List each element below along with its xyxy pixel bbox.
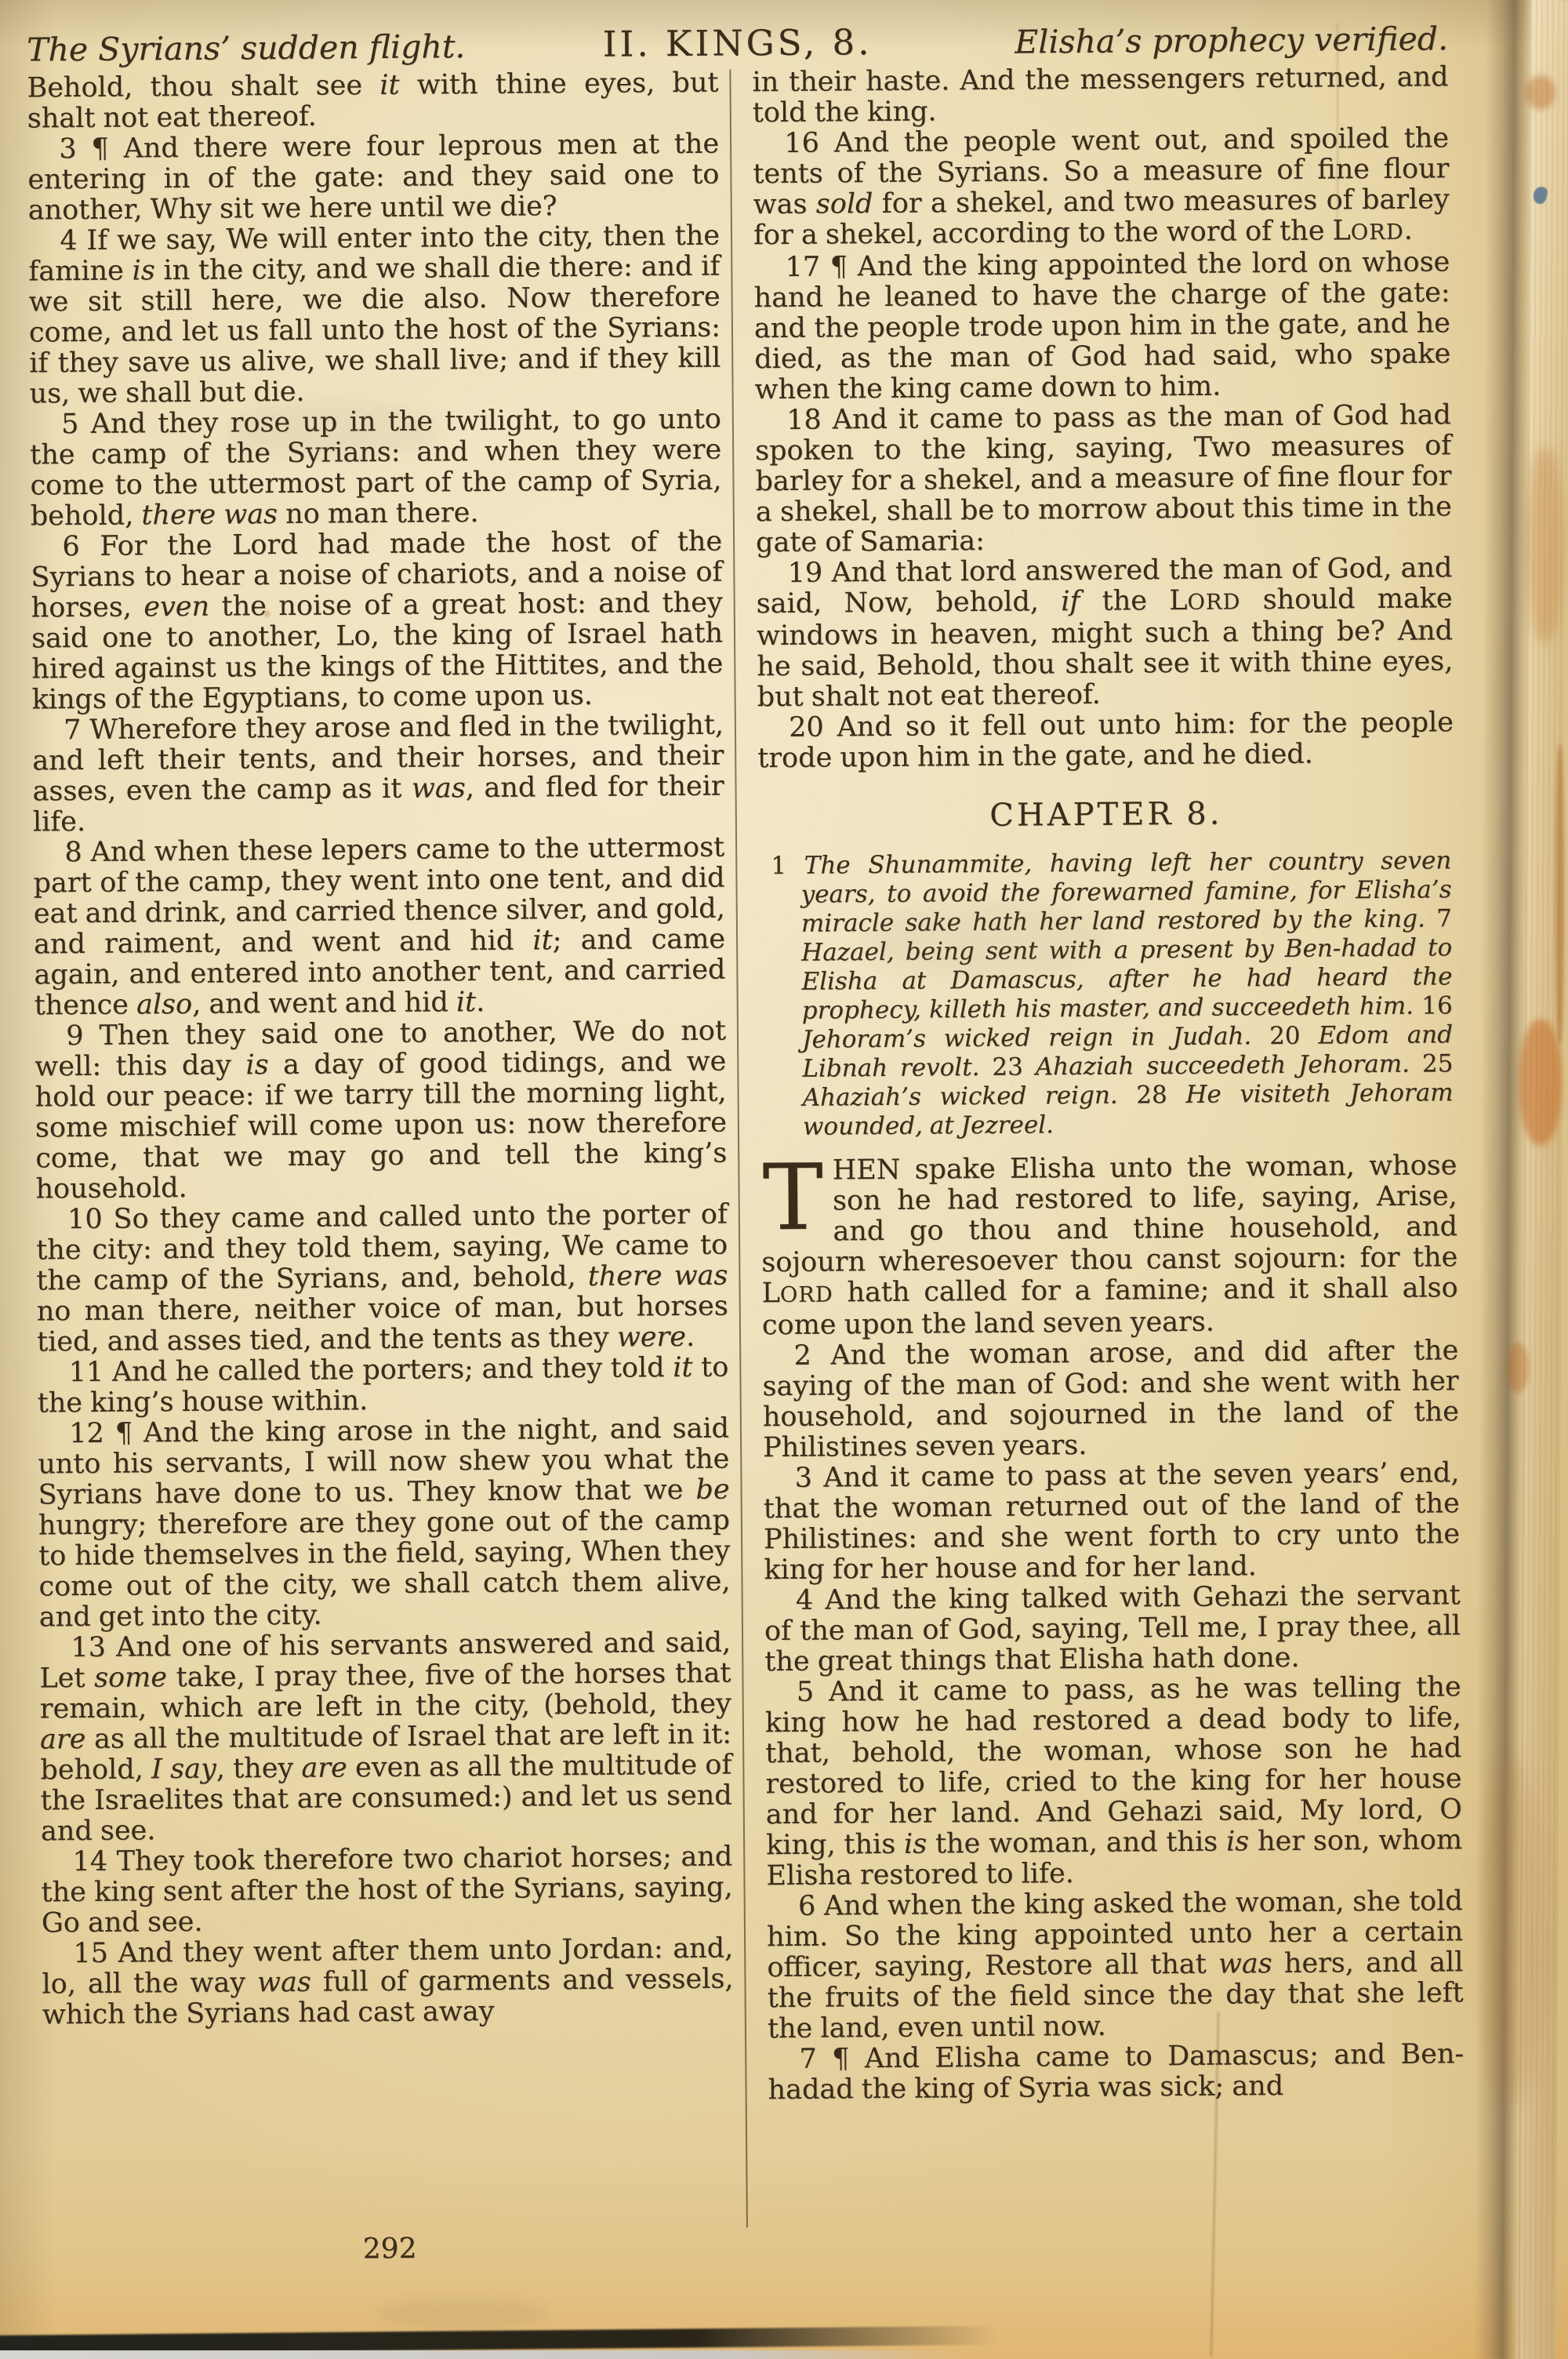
verse-number: 18: [786, 405, 822, 436]
running-head-center: II. KINGS, 8.: [603, 21, 873, 65]
verse-number: 4: [796, 1585, 814, 1616]
left-column: Behold, thou shalt see it with thine eye…: [27, 68, 734, 2031]
verse-number: 12 ¶: [69, 1418, 132, 1450]
verse-paragraph: 12 ¶ And the king arose in the night, an…: [38, 1414, 731, 1634]
verse-number: 3 ¶: [59, 133, 109, 165]
verse-paragraph: 3 And it came to pass at the seven years…: [763, 1458, 1460, 1586]
verse-number: 14: [72, 1846, 107, 1877]
verse-paragraph: 6 For the Lord had made the host of the …: [31, 527, 724, 716]
page-content: The Syrians’ sudden flight. II. KINGS, 8…: [0, 0, 1568, 2359]
verse-number: 5: [797, 1677, 815, 1708]
verse-number: 4: [60, 225, 78, 256]
verse-paragraph: 8 And when these lepers came to the utte…: [33, 833, 726, 1022]
verse-paragraph: 18 And it came to pass as the man of God…: [755, 400, 1453, 558]
verse-lead-caps: HEN: [833, 1154, 901, 1187]
chapter-heading: CHAPTER 8.: [758, 797, 1454, 833]
running-head-right: Elisha’s prophecy verified.: [872, 20, 1448, 62]
verse-paragraph: 15 And they went after them unto Jordan:…: [42, 1934, 734, 2031]
verse-paragraph: 11 And he called the porters; and they t…: [37, 1353, 729, 1419]
verse-number: 13: [71, 1632, 106, 1663]
page-number: 292: [44, 2230, 735, 2268]
right-column: in their haste. And the messengers retur…: [752, 62, 1464, 2106]
verse-number: 16: [784, 128, 819, 159]
verse-paragraph: 20 And so it fell out unto him: for the …: [757, 707, 1454, 774]
book-page: The Syrians’ sudden flight. II. KINGS, 8…: [0, 0, 1568, 2359]
verse-number: 11: [68, 1357, 103, 1388]
verse-paragraph: 7 Wherefore they arose and fled in the t…: [32, 711, 724, 838]
verse-paragraph: 13 And one of his servants answered and …: [39, 1628, 732, 1848]
verse-paragraph: 19 And that lord answered the man of God…: [756, 553, 1454, 713]
verse-number: 19: [787, 558, 822, 589]
verse-number: 7: [64, 714, 82, 746]
verse-paragraph: 7 ¶ And Elisha came to Damascus; and Ben…: [768, 2039, 1465, 2106]
chapter-summary: 1 The Shunammite, having left her countr…: [771, 846, 1454, 1142]
verse-number: 6: [798, 1891, 816, 1922]
verse-number: 5: [61, 409, 79, 440]
drop-cap: T: [760, 1156, 833, 1246]
verse-paragraph: 16 And the people went out, and spoiled …: [753, 123, 1450, 253]
verse-paragraph: 4 If we say, We will enter into the city…: [28, 221, 721, 410]
verse-number: 6: [62, 531, 80, 562]
running-head-left: The Syrians’ sudden flight.: [27, 27, 603, 69]
verse-paragraph: 5 And they rose up in the twilight, to g…: [30, 405, 722, 533]
verse-paragraph: 9 Then they said one to another, We do n…: [34, 1016, 728, 1205]
verse-number: 2: [793, 1340, 811, 1372]
verse-number: 7 ¶: [799, 2043, 849, 2075]
verse-number: 3: [795, 1463, 813, 1494]
verse-paragraph: 14 They took therefore two chariot horse…: [41, 1842, 733, 1939]
verse-paragraph: THEN spake Elisha unto the woman, whose …: [760, 1150, 1458, 1341]
verse-number: 9: [66, 1020, 84, 1052]
verse-paragraph: 4 And the king talked with Gehazi the se…: [764, 1580, 1461, 1677]
verse-paragraph: 6 And when the king asked the woman, she…: [767, 1886, 1465, 2045]
continuation-paragraph: in their haste. And the messengers retur…: [752, 62, 1449, 129]
verse-paragraph: 2 And the woman arose, and did after the…: [762, 1336, 1459, 1463]
verse-paragraph: 5 And it came to pass, as he was telling…: [764, 1672, 1462, 1892]
running-head: The Syrians’ sudden flight. II. KINGS, 8…: [27, 16, 1448, 69]
verse-paragraph: 3 ¶ And there were four leprous men at t…: [27, 129, 720, 227]
verse-paragraph: 17 ¶ And the king appointed the lord on …: [753, 247, 1451, 405]
continuation-paragraph: Behold, thou shalt see it with thine eye…: [27, 68, 719, 135]
verse-number: 15: [73, 1938, 108, 1969]
verse-number: 17 ¶: [785, 251, 848, 283]
verse-number: 20: [789, 712, 824, 743]
verse-paragraph: 10 So they came and called unto the port…: [36, 1200, 729, 1358]
verse-number: 10: [67, 1204, 103, 1235]
verse-number: 8: [64, 837, 82, 868]
